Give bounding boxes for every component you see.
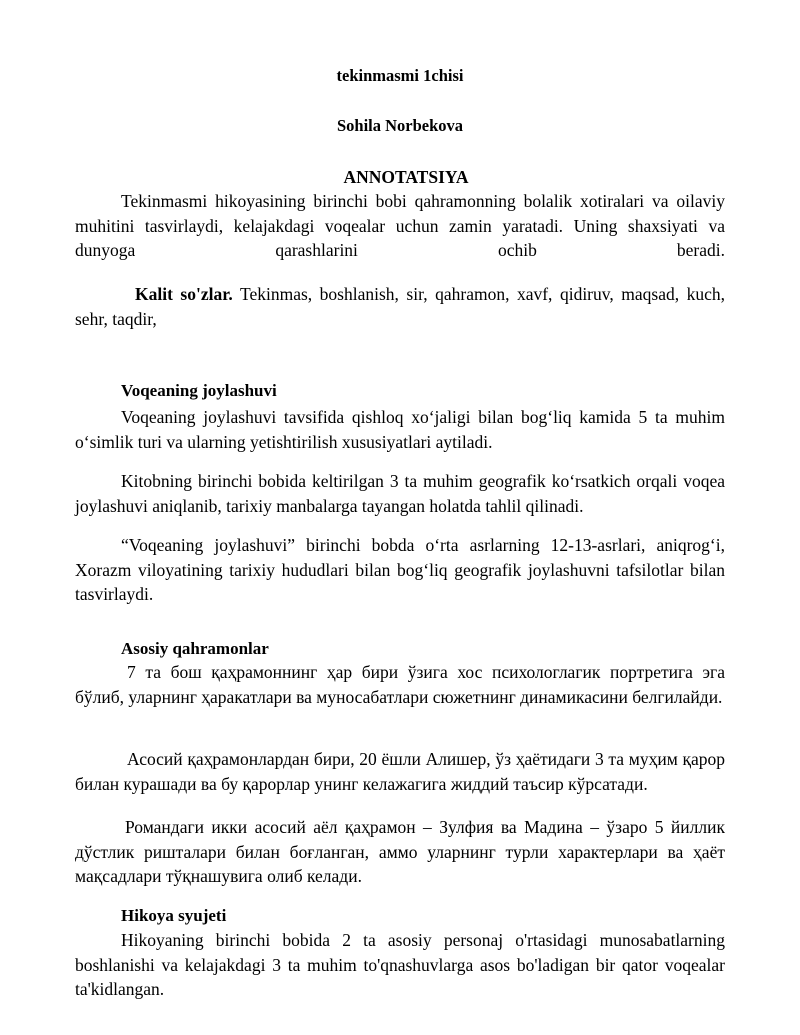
section-heading-plot: Hikoya syujeti [121, 906, 226, 926]
keywords-paragraph: Kalit so'zlar. Tekinmas, boshlanish, sir… [75, 282, 725, 331]
document-title: tekinmasmi 1chisi [75, 66, 725, 86]
annotation-paragraph: Tekinmasmi hikoyasining birinchi bobi qa… [75, 189, 725, 263]
section-heading-location: Voqeaning joylashuvi [121, 381, 277, 401]
section-paragraph: Романдаги икки асосий аёл қаҳрамон – Зул… [75, 815, 725, 889]
document-author: Sohila Norbekova [75, 116, 725, 136]
section-paragraph: “Voqeaning joylashuvi” birinchi bobda o‘… [75, 533, 725, 607]
section-paragraph: Асосий қаҳрамонлардан бири, 20 ёшли Алиш… [75, 747, 725, 796]
keywords-label: Kalit so'zlar. [135, 284, 233, 304]
section-paragraph: Voqeaning joylashuvi tavsifida qishloq x… [75, 405, 725, 454]
annotation-heading: ANNOTATSIYA [75, 167, 725, 188]
section-paragraph: Hikoyaning birinchi bobida 2 ta asosiy p… [75, 928, 725, 1002]
section-paragraph: 7 та бош қаҳрамоннинг ҳар бири ўзига хос… [75, 660, 725, 709]
section-heading-characters: Asosiy qahramonlar [121, 639, 269, 659]
section-paragraph: Kitobning birinchi bobida keltirilgan 3 … [75, 469, 725, 518]
